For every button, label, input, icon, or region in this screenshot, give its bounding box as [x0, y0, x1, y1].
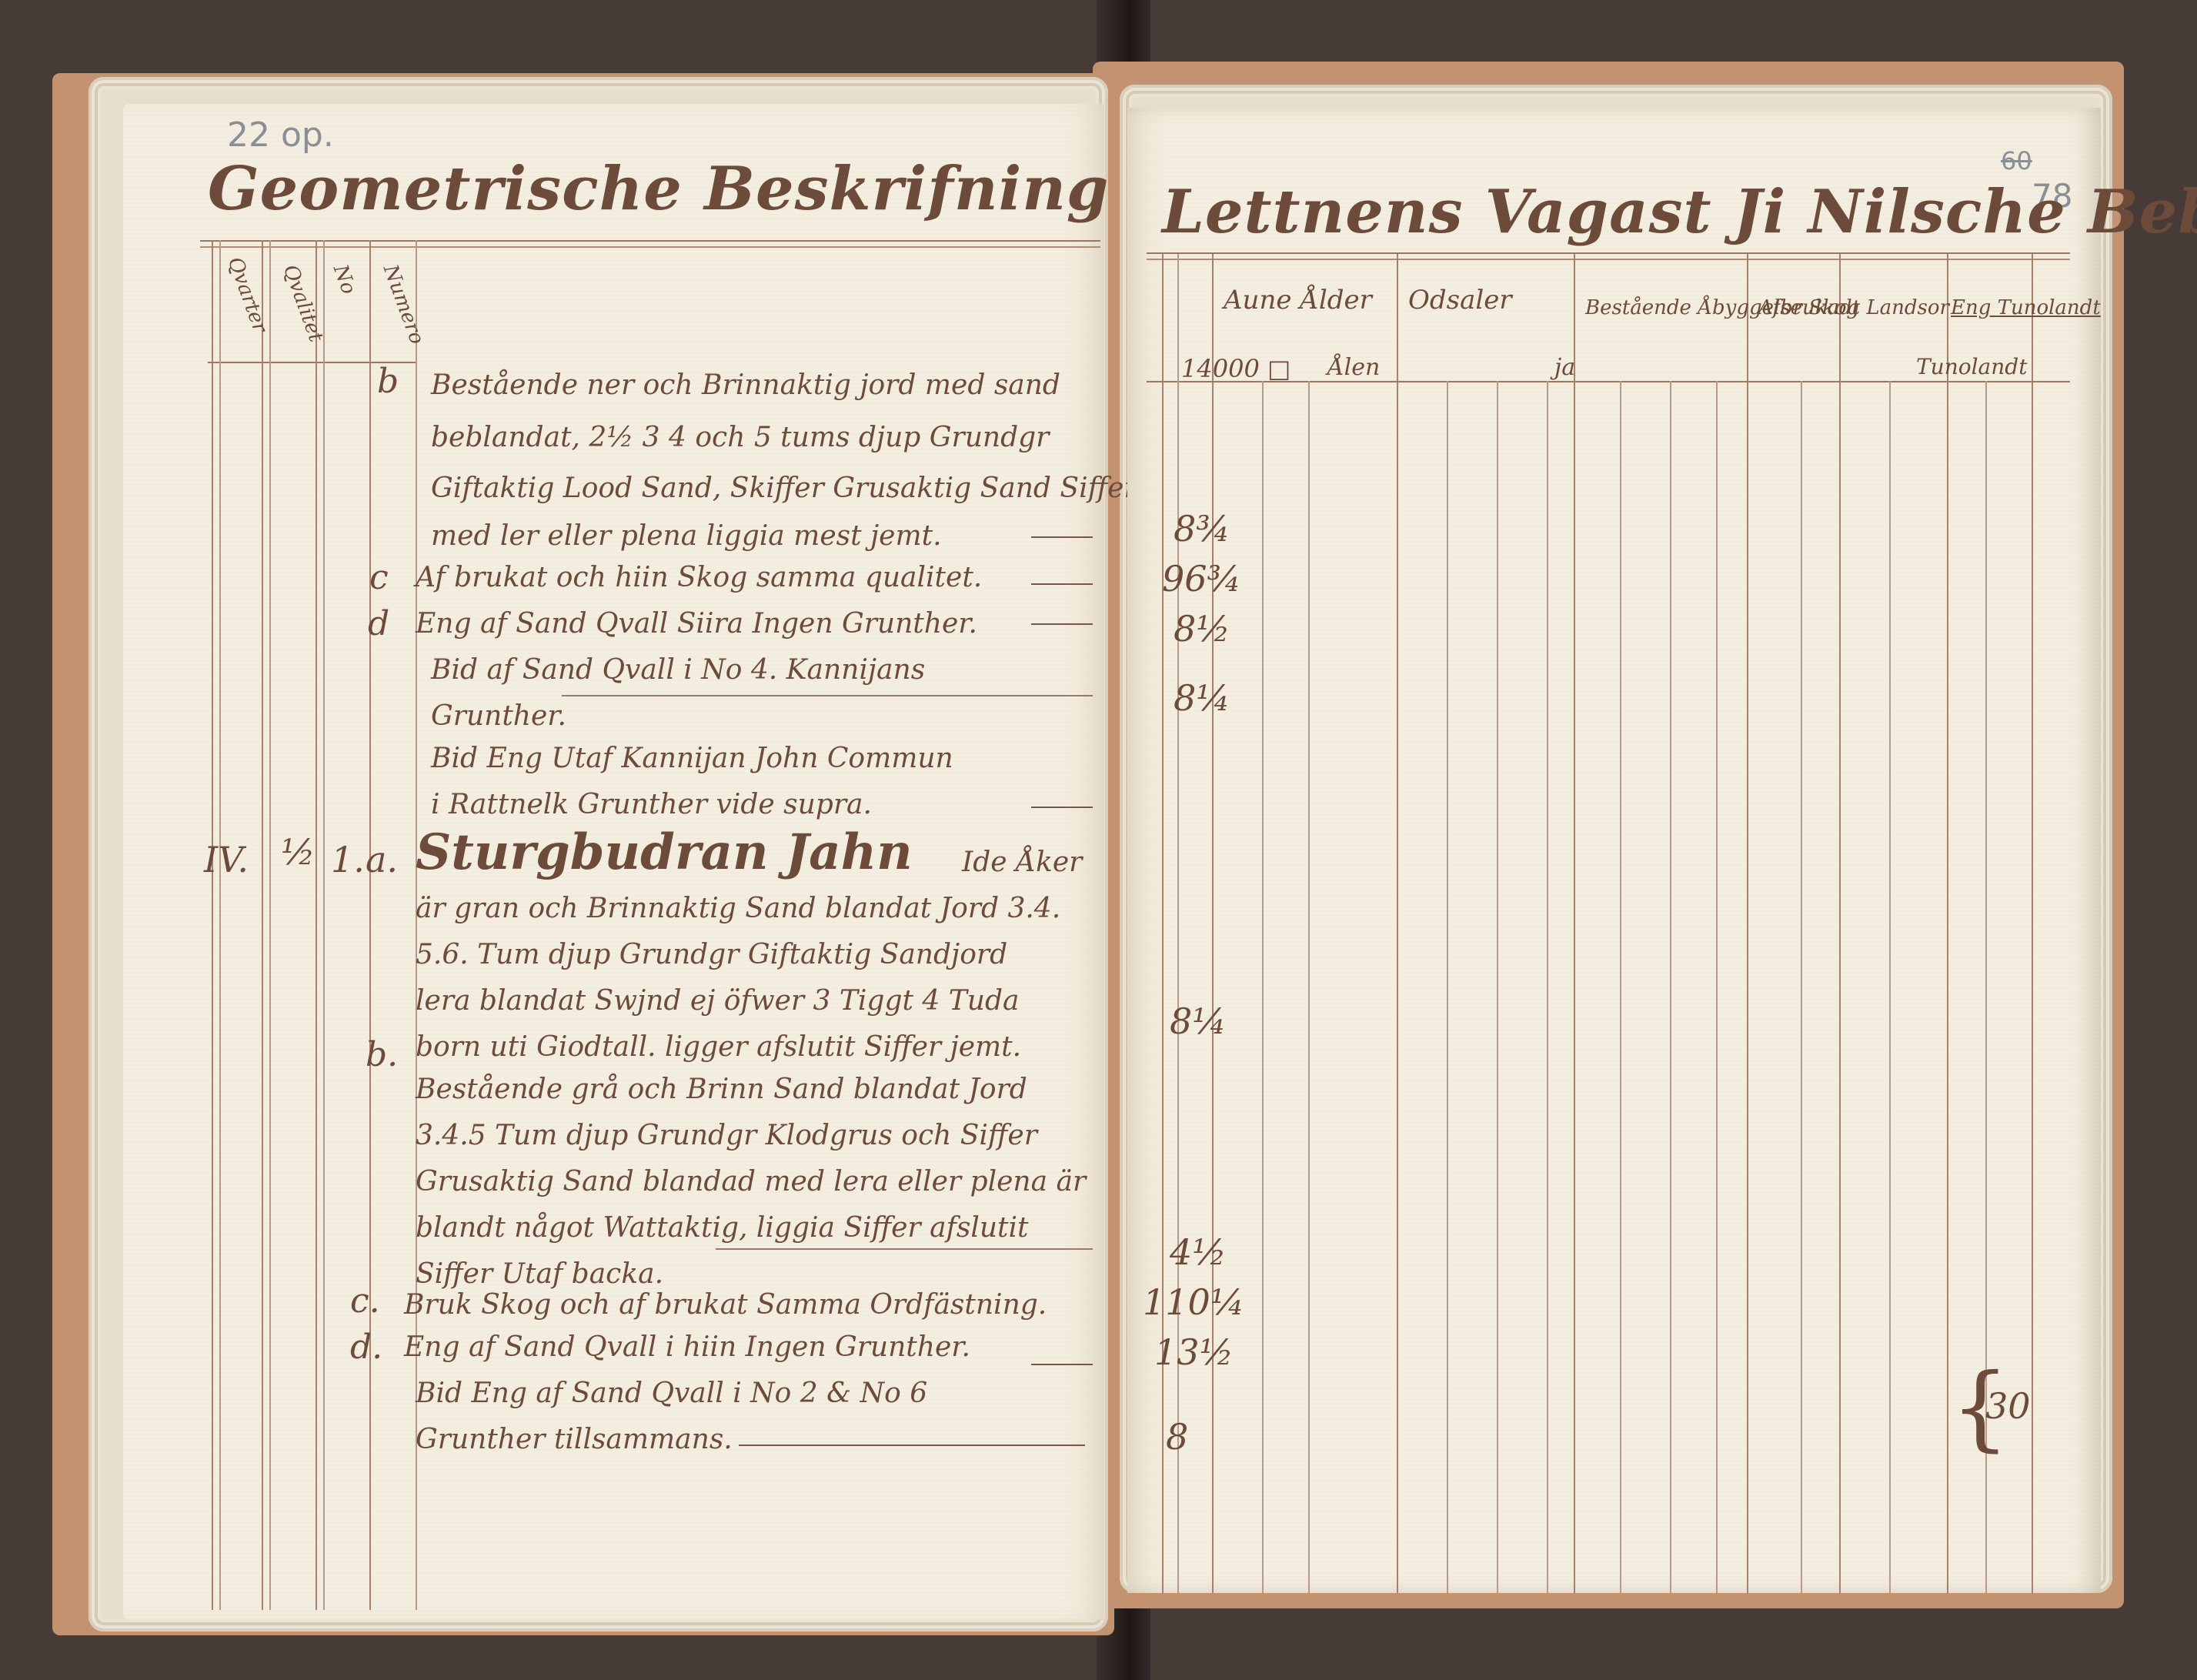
column-header: Afbrukadt Landsor — [1758, 296, 1949, 319]
entry-line: 3.4.5 Tum djup Grundgr Klodgrus och Siff… — [416, 1120, 1037, 1151]
qvarter-value: IV. — [204, 839, 249, 880]
value-cell: 8¼ — [1170, 1000, 1227, 1042]
column-line — [2032, 254, 2033, 1593]
column-line — [1262, 381, 1264, 1593]
value-cell: 8¾ — [1174, 508, 1230, 549]
title-rule-double — [1147, 259, 2070, 260]
column-line — [1497, 381, 1498, 1593]
entry-line: Siffer Utaf backa. — [416, 1258, 663, 1290]
fraction-value: ½ — [281, 831, 316, 873]
bracket-total: 30 — [1985, 1385, 2031, 1427]
entry-line: Eng af Sand Qvall i hiin Ingen Grunther. — [404, 1331, 970, 1363]
entry-line: lera blandat Swjnd ej öfwer 3 Tiggt 4 Tu… — [416, 985, 1019, 1017]
entry-line: beblandat, 2½ 3 4 och 5 tums djup Grundg… — [431, 422, 1049, 453]
column-line — [323, 240, 325, 1610]
entry-line: Bestående grå och Brinn Sand blandat Jor… — [416, 1074, 1027, 1105]
column-line — [1716, 381, 1718, 1593]
area-value: 14000 □ — [1181, 354, 1290, 383]
line-filler — [739, 1445, 1085, 1446]
column-line — [1889, 381, 1891, 1593]
line-filler — [716, 1248, 1093, 1250]
column-line — [1574, 254, 1575, 1593]
value-cell: 13½ — [1154, 1331, 1234, 1373]
entry-letter: d. — [350, 1328, 382, 1367]
unit-label: Ålen — [1327, 354, 1380, 381]
entry-line: Grunther. — [431, 700, 566, 732]
value-cell: 8¼ — [1174, 677, 1230, 719]
title-rule — [200, 240, 1100, 242]
entry-line: Giftaktig Lood Sand, Skiffer Grusaktig S… — [431, 473, 1137, 504]
entry-letter: a. — [366, 839, 398, 880]
line-filler — [1031, 1364, 1093, 1365]
line-filler — [1031, 623, 1093, 625]
column-line — [212, 240, 213, 1610]
column-header: Aune Ålder — [1224, 285, 1372, 316]
column-line — [1397, 254, 1398, 1593]
column-line — [1620, 381, 1621, 1593]
entry-letter: b. — [366, 1035, 398, 1074]
column-line — [1947, 254, 1948, 1593]
column-header: Eng Tunolandt — [1951, 296, 2101, 319]
title-rule-double — [200, 246, 1100, 248]
column-line — [269, 240, 271, 1610]
entry-line: Af brukat och hiin Skog samma qualitet. — [416, 562, 982, 593]
column-line — [316, 240, 317, 1610]
pencil-struck-number: 60 — [2001, 146, 2032, 175]
pencil-folio-note: 22 op. — [227, 115, 334, 155]
entry-letter: c. — [350, 1281, 380, 1321]
entry-line: 5.6. Tum djup Grundgr Giftaktig Sandjord — [416, 939, 1007, 970]
line-filler — [562, 695, 1093, 696]
column-line — [369, 240, 371, 1610]
column-line — [1447, 381, 1448, 1593]
value-cell: 110¼ — [1143, 1281, 1244, 1323]
line-filler — [1031, 583, 1093, 585]
number-value: 1. — [331, 839, 365, 880]
entry-line: Grusaktig Sand blandad med lera eller pl… — [416, 1166, 1086, 1197]
value-cell: 8½ — [1174, 608, 1230, 650]
entry-letter: b — [377, 362, 399, 401]
column-line — [262, 240, 263, 1610]
line-filler — [1031, 536, 1093, 538]
entry-line: Bid Eng af Sand Qvall i No 2 & No 6 — [416, 1378, 927, 1409]
entry-heading: Sturgbudran Jahn — [416, 823, 913, 881]
entry-letter: d — [368, 604, 389, 643]
column-line — [219, 240, 221, 1610]
unit-label: Tunolandt — [1916, 354, 2027, 379]
value-cell: 4½ — [1170, 1231, 1227, 1273]
entry-line: Grunther tillsammans. — [416, 1424, 733, 1455]
entry-line: med ler eller plena liggia mest jemt. — [431, 520, 942, 552]
title-rule — [1147, 252, 2070, 254]
column-line — [1547, 381, 1548, 1593]
column-line — [1747, 254, 1748, 1593]
value-cell: 96¾ — [1162, 558, 1241, 600]
column-header: Odsaler — [1408, 285, 1512, 316]
page-title-right: Lettnens Vagast Ji Nilsche Bebet. — [1162, 177, 2197, 247]
entry-line: Bruk Skog och af brukat Samma Ordfästnin… — [404, 1289, 1047, 1321]
entry-line: Ide Åker — [962, 847, 1082, 878]
entry-line: är gran och Brinnaktig Sand blandat Jord… — [416, 893, 1060, 924]
column-line — [1839, 254, 1841, 1593]
entry-line: Bid Eng Utaf Kannijan John Commun — [431, 743, 953, 774]
entry-line: blandt något Wattaktig, liggia Siffer af… — [416, 1212, 1028, 1244]
value-cell: 8 — [1166, 1416, 1188, 1458]
entry-line: i Rattnelk Grunther vide supra. — [431, 789, 872, 820]
column-line — [1670, 381, 1671, 1593]
column-line — [1212, 254, 1214, 1593]
entry-line: Bid af Sand Qvall i No 4. Kannijans — [431, 654, 925, 686]
unit-label: ja — [1554, 354, 1575, 381]
column-line — [1177, 254, 1179, 1593]
entry-line: Eng af Sand Qvall Siira Ingen Grunther. — [416, 608, 977, 640]
entry-letter: c — [369, 558, 389, 597]
column-line — [1308, 381, 1310, 1593]
column-line — [1162, 254, 1164, 1593]
line-filler — [1031, 807, 1093, 808]
column-line — [1801, 381, 1802, 1593]
entry-line: Bestående ner och Brinnaktig jord med sa… — [431, 369, 1060, 401]
entry-line: born uti Giodtall. ligger afslutit Siffe… — [416, 1031, 1021, 1063]
